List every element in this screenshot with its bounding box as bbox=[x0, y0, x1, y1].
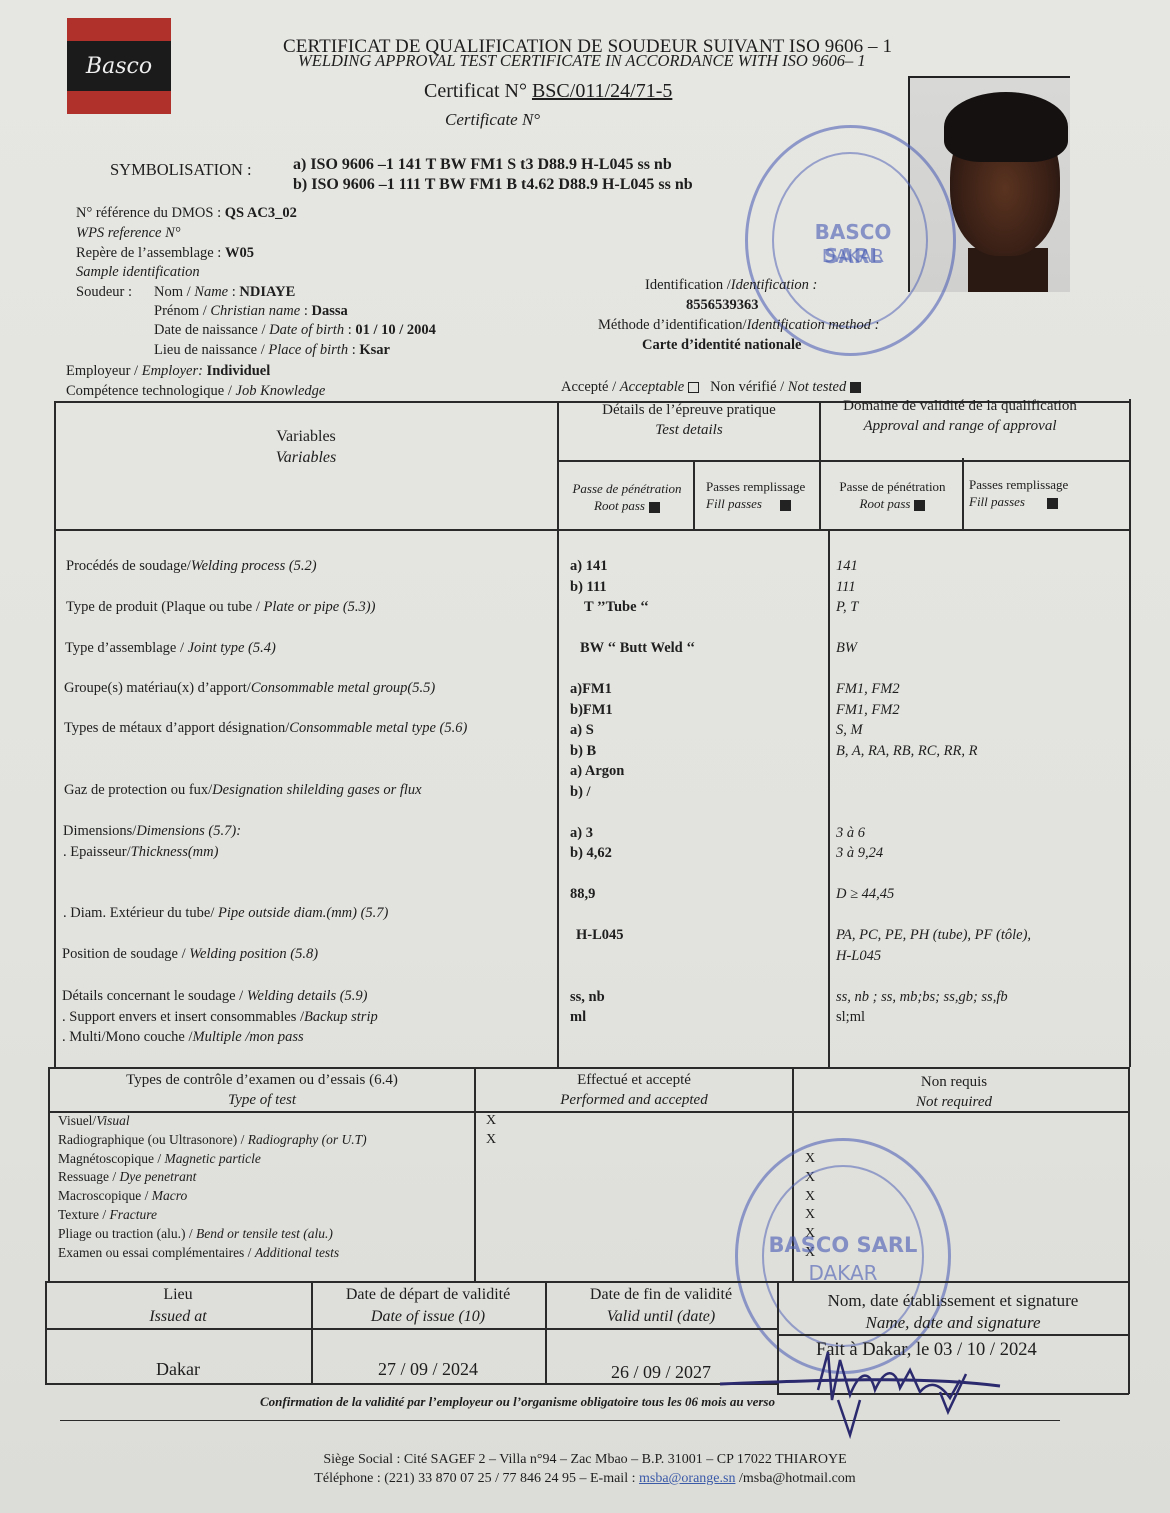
range-fill-passes-checkbox[interactable] bbox=[1047, 498, 1058, 509]
certificate-number-line: Certificat N° BSC/011/24/71-5 bbox=[424, 80, 672, 103]
test-row: Pliage ou traction (alu.) / Bend or tens… bbox=[58, 1225, 367, 1244]
signature-icon bbox=[700, 1340, 1020, 1440]
welder-label: Soudeur : bbox=[76, 284, 132, 301]
email-link[interactable]: msba@orange.sn bbox=[639, 1471, 735, 1486]
issued-at-value: Dakar bbox=[46, 1359, 310, 1380]
row-consumable-group: Groupe(s) matériau(x) d’apport/Consommab… bbox=[64, 678, 435, 699]
test-fill-passes: Passes remplissageFill passes bbox=[706, 478, 816, 512]
identification-method-label: Méthode d’identification/Identification … bbox=[598, 317, 879, 334]
range-fill-passes: Passes remplissageFill passes bbox=[969, 476, 1089, 510]
performed-mark: X bbox=[486, 1112, 496, 1131]
range-root-pass-checkbox[interactable] bbox=[914, 500, 925, 511]
test-row: Radiographique (ou Ultrasonore) / Radiog… bbox=[58, 1131, 367, 1150]
identification-label: Identification /Identification : bbox=[645, 277, 817, 294]
test-row: Texture / Fracture bbox=[58, 1206, 367, 1225]
start-date-value: 27 / 09 / 2024 bbox=[312, 1359, 544, 1380]
test-root-pass: Passe de pénétrationRoot pass bbox=[562, 480, 692, 514]
start-date-header: Date de départ de validitéDate of issue … bbox=[312, 1284, 544, 1328]
sample-label: Sample identification bbox=[76, 264, 200, 281]
col-test-details: Détails de l’épreuve pratiqueTest detail… bbox=[559, 400, 819, 440]
row-joint-type: Type d’assemblage / Joint type (5.4) bbox=[65, 638, 276, 659]
test-values: a) 141 b) 111 T ’’Tube ‘‘ BW ‘‘ Butt Wel… bbox=[570, 556, 695, 1028]
job-knowledge-result: Accepté / Acceptable Non vérifié / Not t… bbox=[561, 379, 861, 396]
assembly-ref: Repère de l’assemblage : W05 bbox=[76, 245, 254, 262]
footer-address: Siège Social : Cité SAGEF 2 – Villa n°94… bbox=[150, 1452, 1020, 1468]
logo-text: Basco bbox=[86, 54, 152, 79]
test-root-pass-checkbox[interactable] bbox=[649, 502, 660, 513]
title-en: WELDING APPROVAL TEST CERTIFICATE IN ACC… bbox=[298, 51, 866, 71]
certificate-number: BSC/011/24/71-5 bbox=[532, 80, 672, 102]
dmos-ref: N° référence du DMOS : QS AC3_02 bbox=[76, 205, 297, 222]
test-row: Visuel/Visual bbox=[58, 1112, 367, 1131]
col-variables: VariablesVariables bbox=[56, 426, 556, 468]
test-row: Ressuage / Dye penetrant bbox=[58, 1168, 367, 1187]
row-consumable-type: Types de métaux d’apport désignation/Con… bbox=[64, 718, 544, 739]
col-not-required: Non requisNot required bbox=[794, 1072, 1114, 1112]
welder-dob: Date de naissance / Date of birth : 01 /… bbox=[154, 322, 436, 339]
row-pipe-diameter: . Diam. Extérieur du tube/ Pipe outside … bbox=[63, 903, 388, 924]
range-root-pass: Passe de pénétrationRoot pass bbox=[830, 478, 955, 512]
test-row: Examen ou essai complémentaires / Additi… bbox=[58, 1244, 367, 1263]
issued-at-header: LieuIssued at bbox=[46, 1284, 310, 1328]
test-row: Magnétoscopique / Magnetic particle bbox=[58, 1150, 367, 1169]
symbolisation-b: b) ISO 9606 –1 111 T BW FM1 B t4.62 D88.… bbox=[293, 176, 693, 194]
col-performed: Effectué et acceptéPerformed and accepte… bbox=[476, 1070, 792, 1110]
basco-logo: Basco bbox=[67, 18, 171, 114]
performed-mark: X bbox=[486, 1131, 496, 1150]
not-tested-checkbox[interactable] bbox=[850, 382, 861, 393]
test-type-list: Visuel/VisualRadiographique (ou Ultrason… bbox=[58, 1112, 367, 1262]
acceptable-checkbox[interactable] bbox=[688, 382, 699, 393]
test-fill-passes-checkbox[interactable] bbox=[780, 500, 791, 511]
row-welding-position: Position de soudage / Welding position (… bbox=[62, 944, 318, 965]
company-stamp-bottom: BASCO SARL DAKAR bbox=[735, 1138, 951, 1374]
row-product-type: Type de produit (Plaque ou tube / Plate … bbox=[66, 597, 375, 618]
end-date-header: Date de fin de validitéValid until (date… bbox=[546, 1284, 776, 1328]
row-welding-details: Détails concernant le soudage / Welding … bbox=[62, 986, 378, 1048]
signature-header: Nom, date établissement et signatureName… bbox=[778, 1290, 1128, 1334]
col-test-type: Types de contrôle d’examen ou d’essais (… bbox=[50, 1070, 474, 1110]
test-row: Macroscopique / Macro bbox=[58, 1187, 367, 1206]
cert-label-en: Certificate N° bbox=[445, 110, 540, 130]
symbolisation-a: a) ISO 9606 –1 141 T BW FM1 S t3 D88.9 H… bbox=[293, 156, 672, 174]
welder-name: Nom / Name : NDIAYE bbox=[154, 284, 295, 301]
cert-label: Certificat N° bbox=[424, 80, 527, 102]
confirmation-note: Confirmation de la validité par l’employ… bbox=[260, 1394, 775, 1410]
symbolisation-label: SYMBOLISATION : bbox=[110, 160, 252, 180]
wps-label: WPS reference N° bbox=[76, 225, 181, 242]
job-knowledge: Compétence technologique / Job Knowledge bbox=[66, 383, 325, 400]
col-range: Domaine de validité de la qualificationA… bbox=[830, 396, 1090, 436]
welder-first-name: Prénom / Christian name : Dassa bbox=[154, 303, 348, 320]
identification-method-value: Carte d’identité nationale bbox=[642, 337, 801, 354]
performed-marks: XX bbox=[486, 1112, 496, 1150]
stamp-city: DAKAR bbox=[788, 246, 918, 267]
row-welding-process: Procédés de soudage/Welding process (5.2… bbox=[66, 556, 317, 577]
employer: Employeur / Employer: Individuel bbox=[66, 363, 270, 380]
stamp-name-bottom: BASCO SARL bbox=[758, 1233, 928, 1257]
range-values: 141 111 P, T BW FM1, FM2 FM1, FM2 S, M B… bbox=[836, 556, 1031, 1028]
row-dimensions: Dimensions/Dimensions (5.7): . Epaisseur… bbox=[63, 821, 241, 862]
welder-pob: Lieu de naissance / Place of birth : Ksa… bbox=[154, 342, 390, 359]
footer-contact: Téléphone : (221) 33 870 07 25 / 77 846 … bbox=[150, 1471, 1020, 1487]
row-shielding-gas: Gaz de protection ou fux/Designation shi… bbox=[64, 780, 422, 801]
certificate-page: { "logo": {"text": "Basco", "colors": {"… bbox=[0, 0, 1170, 1513]
identification-value: 8556539363 bbox=[686, 297, 759, 314]
